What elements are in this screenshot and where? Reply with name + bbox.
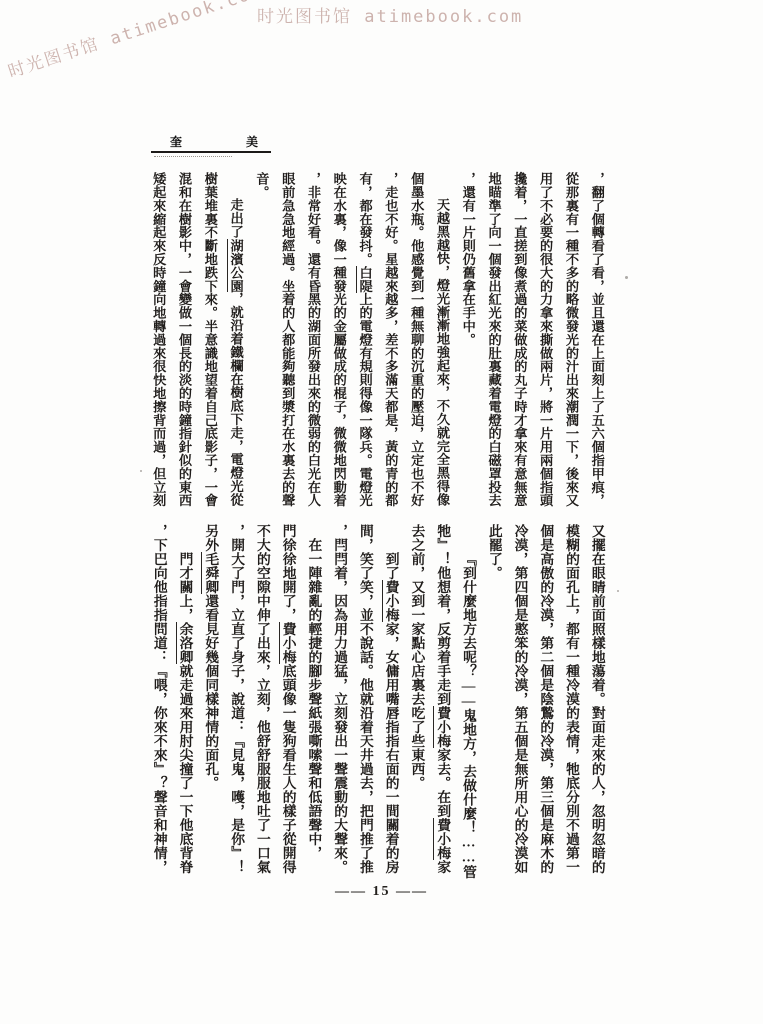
scan-speckle bbox=[625, 276, 628, 279]
text-column: 天越黑越快，燈光漸漸地強起來，不久就完全黑得像 bbox=[436, 172, 449, 510]
text-column: ，翻了個轉看了看，並且還在上面刻上了五六個指甲痕， bbox=[591, 172, 604, 510]
text-band-top: ，翻了個轉看了看，並且還在上面刻上了五六個指甲痕，從那裏有一種不多的略微發光的汁… bbox=[152, 172, 604, 510]
text-column: 音。 bbox=[255, 172, 268, 510]
text-column: 混和在樹影中，一會變做一個長的淡的時鐘指針似的東西 bbox=[178, 172, 191, 510]
text-column: 眼前急急地經過。坐着的人都能夠聽到漿打在水裏去的聲 bbox=[281, 172, 294, 510]
text-column: 矮起來縮起來反時鐘向地轉過來很快地擦背而過，但立刻 bbox=[152, 172, 165, 510]
text-column: ，開大了門，立直了身子，說道：『見鬼，嚄，是你』！ bbox=[229, 524, 243, 874]
watermark-diagonal: 时光图书馆 atimebook.com bbox=[4, 0, 265, 82]
text-column: 冷漠，第四個是憨笨的冷漠，第五個是無所用心的冷漠如 bbox=[513, 524, 527, 874]
text-column: ，非常好看。還有昏黑的湖面所發出來的微弱的白光在人 bbox=[307, 172, 320, 510]
proper-name-mark: 白隄 bbox=[356, 266, 373, 293]
running-header-char: 美 bbox=[246, 133, 258, 150]
text-column: ，閂閂着，因為用力過猛，立刻發出一聲震動的大聲來。 bbox=[332, 524, 346, 874]
running-header-dotted-rule bbox=[154, 156, 232, 157]
text-column: ，下巴向他指指問道：『喂，你來不來』？聲音和神情， bbox=[152, 524, 166, 874]
text-column: 走出了湖濱公園，就沿着鐵欄在樹底下走，電燈光從 bbox=[229, 172, 242, 510]
text-column: 用了不必要的很大的力拿來撕做兩片，將一片用兩個指頭 bbox=[539, 172, 552, 510]
text-column: 地瞄準了向一個發出紅光來的肚裏藏着電燈的白磁罩投去 bbox=[487, 172, 500, 510]
text-column: 個是高傲的冷漠，第二個是陰鷙的冷漠，第三個是麻木的 bbox=[538, 524, 552, 874]
text-column: 此罷了。 bbox=[487, 524, 501, 874]
text-column: 到了費小梅家，女傭用嘴唇指指右面的一間關着的房 bbox=[384, 524, 398, 874]
text-column: 牠』！他想着，反剪着手走到費小梅家去。在到費小梅家 bbox=[435, 524, 449, 874]
text-band-bottom: 又擺在眼睛前面照樣地蕩着。對面走來的人，忽明忽暗的模糊的面孔上，都有一種冷漠的表… bbox=[152, 524, 604, 874]
proper-name-mark: 毛舜卿 bbox=[201, 552, 218, 594]
text-column: 又擺在眼睛前面照樣地蕩着。對面走來的人，忽明忽暗的 bbox=[590, 524, 604, 874]
text-column: 映在水裏，像一種發光的金屬做成的棍子，微微地閃動着 bbox=[333, 172, 346, 510]
proper-name-mark: 費小梅 bbox=[279, 622, 296, 664]
running-header-rule bbox=[151, 151, 271, 153]
text-column: 間，笑了笑，並不說話。他就沿着天井過去，把門推了推 bbox=[358, 524, 372, 874]
running-header-char: 奎 bbox=[170, 133, 182, 150]
text-column: 另外毛舜卿還看見好幾個同樣神情的面孔。 bbox=[204, 524, 218, 874]
text-column: 樹葉堆裏不斷地跌下來。半意識地望着自己底影子，一會 bbox=[204, 172, 217, 510]
scan-speckle bbox=[140, 470, 142, 472]
text-column: 從那裏有一種不多的略微發光的汁出來潮潤一下，後來又 bbox=[565, 172, 578, 510]
text-column: 有，都在發抖。白隄上的電燈有規則得像一隊兵。電燈光 bbox=[358, 172, 371, 510]
text-column: ，走也不好。星越來越多，差不多滿天都是，黃的青的都 bbox=[384, 172, 397, 510]
scanned-book-page: 时光图书馆 atimebook.com 时光图书馆 atimebook.com … bbox=[0, 0, 763, 1024]
text-column: 個墨水瓶。他感覺到一種無聊的沉重的壓迫，立定也不好 bbox=[410, 172, 423, 510]
text-column: 去之前，又到一家點心店裏去吃了些東西。 bbox=[410, 524, 424, 874]
proper-name-mark: 余洛卿 bbox=[176, 622, 193, 664]
running-header: 奎美 bbox=[170, 133, 258, 150]
proper-name-mark: 湖濱公園 bbox=[227, 239, 244, 293]
watermark-top: 时光图书馆 atimebook.com bbox=[257, 2, 523, 27]
proper-name-mark: 費小梅 bbox=[382, 580, 399, 622]
text-column: 門徐徐地開了，費小梅底頭像一隻狗看生人的樣子從開得 bbox=[281, 524, 295, 874]
text-column: 攙着，一直搓到像煮過的菜做成的丸子時才拿來有意無意 bbox=[513, 172, 526, 510]
proper-name-mark: 費小梅 bbox=[433, 706, 450, 748]
page-number: —— 15 —— bbox=[0, 884, 763, 900]
proper-name-mark: 費小梅 bbox=[433, 818, 450, 860]
text-column: 不大的空隙中伸了出來，立刻，他舒舒服服地吐了一口氣 bbox=[255, 524, 269, 874]
text-column: ，還有一片則仍舊拿在手中。 bbox=[462, 172, 475, 510]
text-column: 模糊的面孔上，都有一種冷漠的表情，牠底分別不過第一 bbox=[564, 524, 578, 874]
scan-speckle bbox=[617, 590, 619, 592]
text-column: 門才關上，余洛卿就走過來用肘尖撞了一下他底背脊 bbox=[178, 524, 192, 874]
text-column: 在一陣雜亂的輕捷的腳步聲紙張嘶嗦聲和低語聲中， bbox=[307, 524, 321, 874]
text-column: 『到什麼地方去呢？——鬼地方，去做什麼！……管 bbox=[461, 524, 475, 874]
